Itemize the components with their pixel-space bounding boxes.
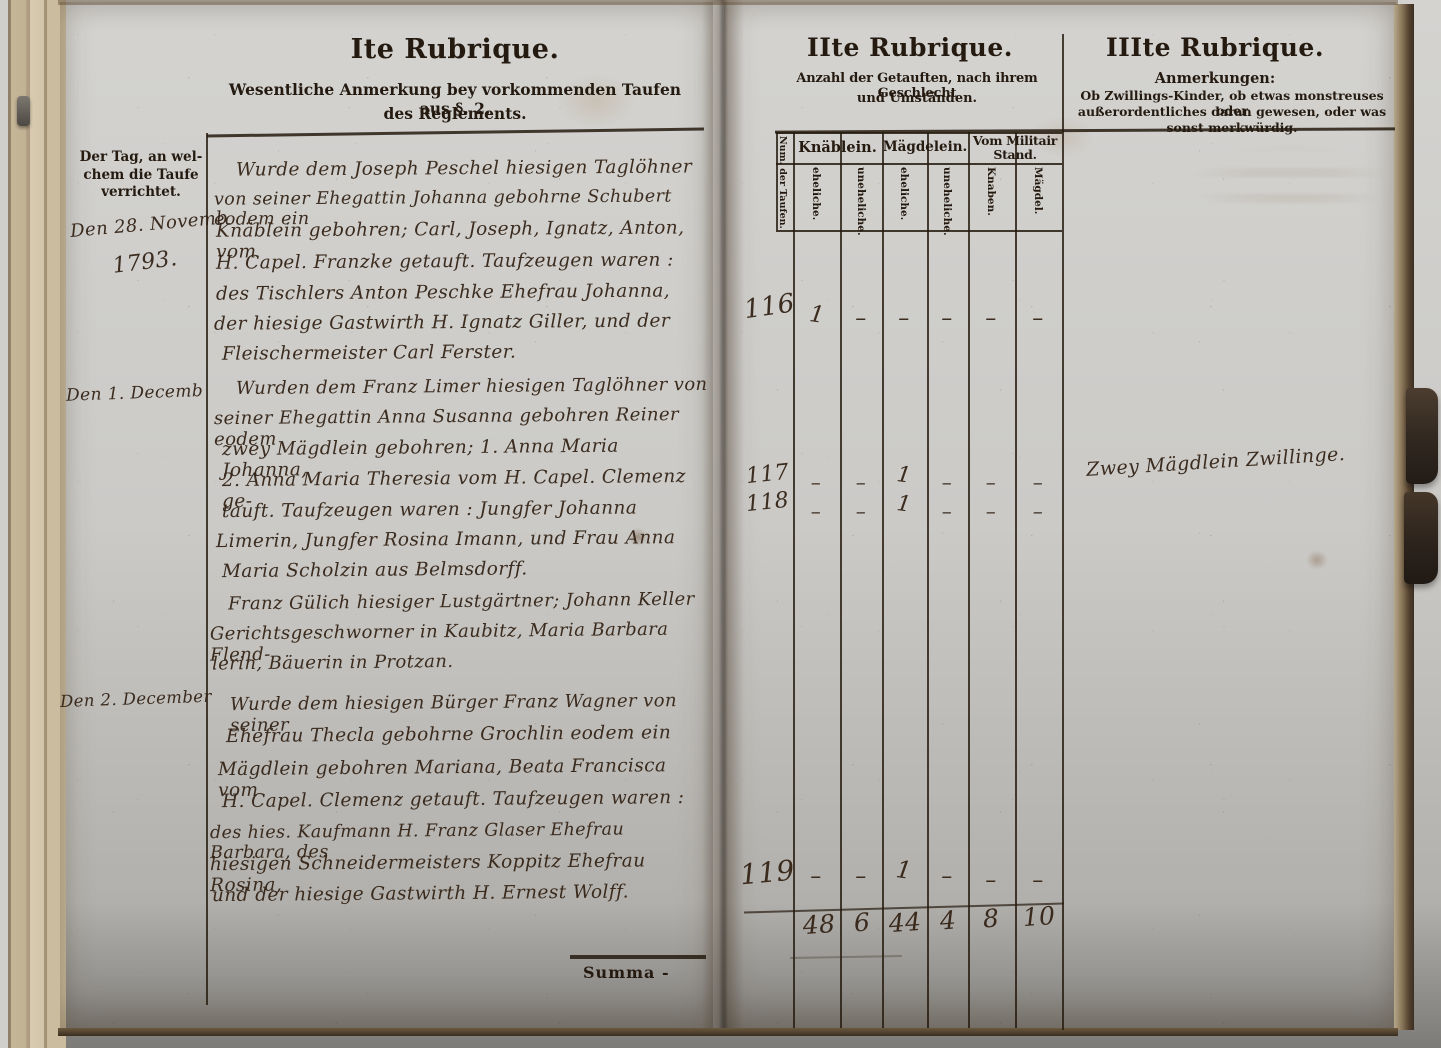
group-girls-label: Mägdelein. [882,139,968,155]
cell-dash: – [804,864,828,889]
bottom-page-edge [58,1028,1398,1036]
cell-dash: – [979,499,1003,523]
date-column-header-line2: chem die Taufe [78,167,204,185]
subheader-boys-legit: eheliche. [810,167,822,241]
cell-value: 1 [890,854,918,885]
book-clasp-top [1406,388,1438,484]
date-column-header-line3: verrichtet. [78,184,204,202]
entry1-line: Fleischermeister Carl Ferster. [222,340,708,364]
summary-girls-legit: 44 [887,907,923,938]
subheader-girls-legit: eheliche. [898,167,910,241]
cell-dash: – [979,470,1003,494]
baptism-register-photo: Ite Rubrique. Wesentliche Anmerkung bey … [0,0,1441,1048]
cell-dash: – [804,499,828,523]
left-column-divider [206,133,208,1005]
table-col-line [1015,132,1017,1028]
entry2-line: Wurden dem Franz Limer hiesigen Taglöhne… [236,374,708,399]
rubrique2-subtitle-2: und Umständen. [768,91,1066,106]
rubrique2-title: IIte Rubrique. [790,33,1030,62]
cell-dash: – [979,868,1003,893]
table-col-line [882,132,884,1028]
cell-dash: – [849,470,873,494]
cell-dash: – [849,499,873,523]
entry1-line: der hiesige Gastwirth H. Ignatz Giller, … [214,310,708,334]
row-number: 119 [739,854,796,892]
table-col-line [793,132,795,1028]
cell-dash: – [935,864,959,889]
group-military-line2: Stand. [968,148,1062,162]
cell-value: 1 [890,461,917,489]
rubrique3-heading: Anmerkungen: [1090,70,1340,87]
summary-military-girls: 10 [1021,901,1057,932]
left-rubrique-subtitle-2: des Reglements. [213,104,697,123]
rubrique3-title: IIIte Rubrique. [1090,33,1340,62]
entry1-line: H. Capel. Franzke getauft. Taufzeugen wa… [216,249,708,273]
cell-dash: – [935,470,959,494]
num-column-label: Num. der Taufen. [777,136,788,230]
summary-boys-illegit: 6 [847,907,877,938]
summary-boys-legit: 48 [801,909,837,940]
show-through-smudge [1190,142,1390,222]
subheader-military-girls: Mägdel. [1032,167,1044,241]
cell-dash: – [849,306,873,331]
entry2-line: Maria Scholzin aus Belmsdorff. [222,557,708,582]
cell-dash: – [849,864,873,889]
table-group-rule [776,163,1062,165]
cell-value: 1 [802,300,831,329]
summary-military-boys: 8 [976,903,1006,934]
entry1-line: des Tischlers Anton Peschke Ehefrau Joha… [216,280,708,304]
entry2-line: Limerin, Jungfer Rosina Imann, und Frau … [216,527,708,552]
date-column-header-line1: Der Tag, an wel- [78,149,204,167]
cell-value: 1 [890,490,917,518]
subheader-military-boys: Knaben. [985,167,997,241]
book-clasp-bottom [1404,492,1438,584]
row-number: 118 [745,488,789,517]
cell-dash: – [1026,306,1050,331]
cell-dash: – [892,306,916,331]
rubrique3-line2: außerordentliches daran gewesen, oder wa… [1070,104,1394,119]
entry3-line: H. Capel. Clemenz getauft. Taufzeugen wa… [222,787,708,812]
entry3-line: und der hiesige Gastwirth H. Ernest Wolf… [212,881,698,906]
rubrique-divider [1062,34,1064,1030]
group-military-line1: Vom Militair [968,134,1062,148]
summa-rule [570,955,706,959]
subheader-girls-illegit: uneheliche. [941,167,953,241]
top-page-edge [58,0,1398,5]
entry2-line: tauft. Taufzeugen waren : Jungfer Johann… [222,497,708,522]
table-col-line [927,132,929,1028]
gutter-shadow [702,0,744,1034]
entry1-line: Wurde dem Joseph Peschel hiesigen Taglöh… [236,156,708,180]
table-col-line [840,132,842,1028]
cell-dash: – [1026,470,1050,494]
summa-label: Summa - [583,963,703,982]
subheader-boys-illegit: uneheliche. [855,167,867,241]
group-boys-label: Knäblein. [793,139,882,156]
page-stack-left-edge [0,0,66,1048]
stain [1306,550,1328,570]
cell-dash: – [979,306,1003,331]
cell-dash: – [1026,499,1050,523]
cell-dash: – [804,470,828,494]
left-rubrique-title: Ite Rubrique. [255,34,655,65]
entry3-line: Ehefrau Thecla gebohrne Grochlin eodem e… [226,722,708,747]
summary-girls-illegit: 4 [933,905,963,936]
clasp-pin [17,96,30,126]
cell-dash: – [935,499,959,523]
table-col-line [968,132,970,1028]
cell-dash: – [935,306,959,331]
cell-dash: – [1026,868,1050,893]
row-number: 117 [745,460,789,489]
date-column-header: Der Tag, an wel- chem die Taufe verricht… [78,149,204,202]
group-military-label: Vom Militair Stand. [968,134,1062,162]
